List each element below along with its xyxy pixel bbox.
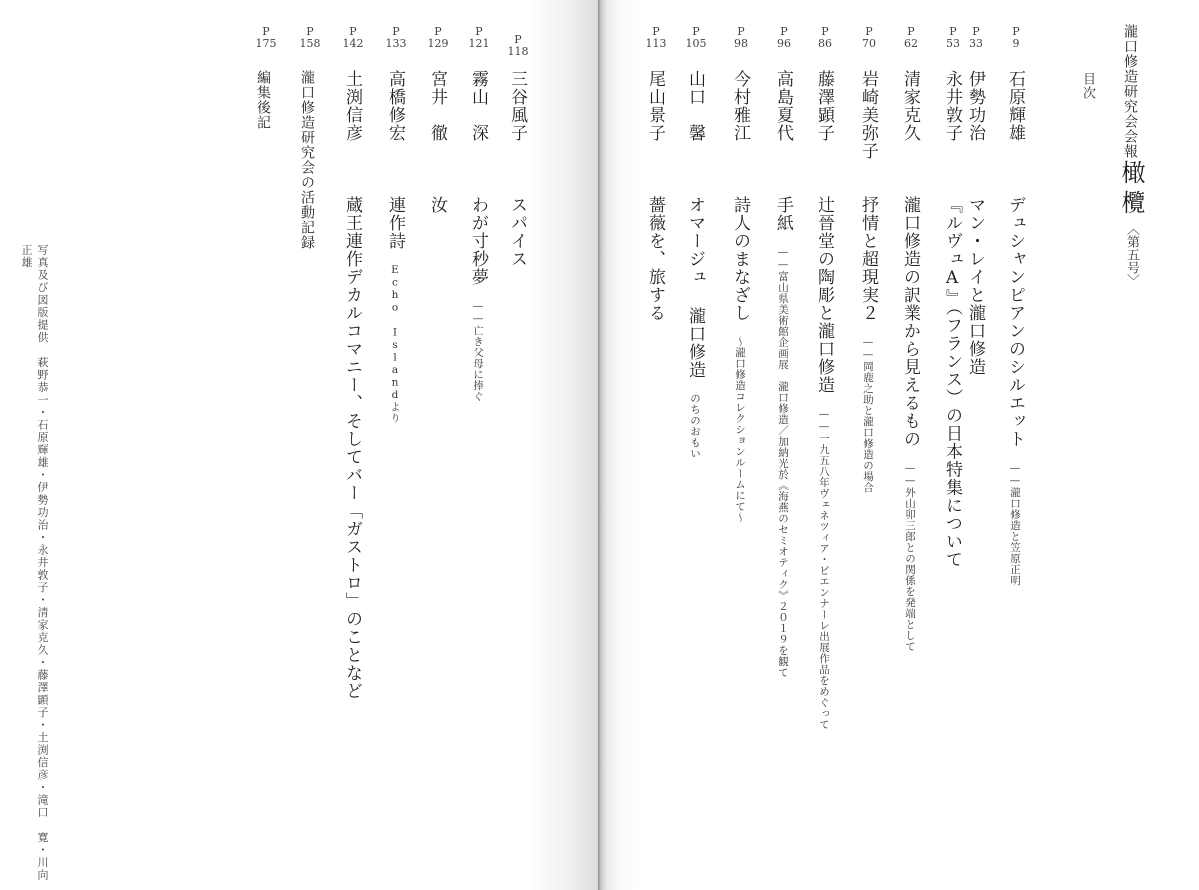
entry-title: オマージュ 瀧口修造のちのおもい: [683, 196, 708, 459]
entry-subtitle: ～瀧口修造コレクションルームにて～: [734, 336, 746, 523]
entry-author: 高島夏代: [771, 70, 796, 142]
entry-subtitle: Echo Islandより: [389, 264, 401, 424]
page-number: P 133: [383, 26, 409, 50]
entry-title-text: スパイス: [507, 196, 527, 268]
entry-title-text: 蔵王連作デカルコマニー、そしてバー「ガストロ」のことなど: [342, 196, 362, 700]
entry-author: 尾山景子: [643, 70, 668, 142]
toc-entry[interactable]: P 142 土渕信彦 蔵王連作デカルコマニー、そしてバー「ガストロ」のことなど: [340, 0, 368, 890]
photo-credits: 写真及び図版提供 萩野恭一・石原輝雄・伊勢功治・永井敦子・清家克久・藤澤顕子・土…: [18, 244, 50, 890]
entry-title-text: 辻晉堂の陶彫と瀧口修造: [814, 196, 834, 394]
toc-entry[interactable]: P 9 石原輝雄 デュシャンピアンのシルエット——瀧口修造と笠原正明: [1003, 0, 1031, 890]
page-number: P 53: [940, 26, 966, 50]
entry-author: 今村雅江: [728, 70, 753, 142]
page-value: 133: [383, 38, 409, 50]
journal-name: 橄欖: [1114, 160, 1149, 220]
entry-title: わが寸秒夢——亡き父母に捧ぐ: [466, 196, 491, 402]
page-number: P 96: [771, 26, 797, 50]
entry-title: 『ルヴュA』（フランス）の日本特集について: [940, 196, 965, 583]
entry-title: 連作詩Echo Islandより: [383, 196, 408, 424]
toc-heading: 目次: [1078, 72, 1097, 100]
entry-title: 抒情と超現実２——岡鹿之助と瀧口修造の場合: [856, 196, 881, 493]
entry-title: 手紙——富山県美術館企画展 瀧口修造／加納光於《海燕のセミオティク》２０１９を観…: [771, 196, 796, 678]
page-number: P 113: [643, 26, 669, 50]
entry-title-text: 汝: [427, 196, 447, 214]
entry-author: 瀧口修造研究会の活動記録: [297, 70, 317, 250]
entry-author: 三谷風子: [505, 70, 530, 142]
entry-author: 清家克久: [898, 70, 923, 142]
entry-author: 永井敦子: [940, 70, 965, 142]
toc-entry[interactable]: P 118 三谷風子 スパイス: [505, 0, 533, 890]
entry-title-text: オマージュ 瀧口修造: [685, 196, 705, 379]
entry-author: 高橋修宏: [383, 70, 408, 142]
entry-title-text: 『ルヴュA』（フランス）の日本特集について: [942, 196, 962, 569]
entry-author: 宮井 徹: [425, 70, 450, 142]
toc-entry[interactable]: P 105 山口 馨 オマージュ 瀧口修造のちのおもい: [683, 0, 711, 890]
entry-title: 汝: [425, 196, 450, 228]
page-value: 98: [728, 38, 754, 50]
page-value: 96: [771, 38, 797, 50]
entry-author: 編集後記: [253, 70, 273, 130]
entry-title-text: 詩人のまなざし: [730, 196, 750, 322]
issue-number: 〈第五号〉: [1122, 222, 1141, 287]
page-number: P 121: [466, 26, 492, 50]
page-value: 70: [856, 38, 882, 50]
toc-entry[interactable]: P 129 宮井 徹 汝: [425, 0, 453, 890]
entry-title: [297, 196, 317, 210]
page-number: P 129: [425, 26, 451, 50]
entry-title: スパイス: [505, 196, 530, 282]
entry-subtitle: ——外山卯三郎との関係を発端として: [904, 462, 916, 652]
entry-subtitle: ——富山県美術館企画展 瀧口修造／加納光於《海燕のセミオティク》２０１９を観て: [777, 246, 789, 678]
entry-title-text: 手紙: [773, 196, 793, 232]
page-number: P 98: [728, 26, 754, 50]
entry-title-text: わが寸秒夢: [468, 196, 488, 286]
toc-entry[interactable]: P 121 霧山 深 わが寸秒夢——亡き父母に捧ぐ: [466, 0, 494, 890]
toc-entry[interactable]: P 86 藤澤顕子 辻晉堂の陶彫と瀧口修造——一九五八年ヴェネツィア・ビエンナー…: [812, 0, 840, 890]
entry-author: 霧山 深: [466, 70, 491, 142]
toc-entry[interactable]: P 62 清家克久 瀧口修造の訳業から見えるもの——外山卯三郎との関係を発端とし…: [898, 0, 926, 890]
page-value: 118: [505, 46, 531, 58]
entry-title-text: マン・レイと瀧口修造: [965, 196, 985, 376]
toc-entry[interactable]: P 96 高島夏代 手紙——富山県美術館企画展 瀧口修造／加納光於《海燕のセミオ…: [771, 0, 799, 890]
entry-title: [253, 196, 273, 210]
page-value: 9: [1003, 38, 1029, 50]
page-value: 86: [812, 38, 838, 50]
page-number: P 70: [856, 26, 882, 50]
page-value: 121: [466, 38, 492, 50]
entry-author: 藤澤顕子: [812, 70, 837, 142]
entry-title-text: 抒情と超現実２: [858, 196, 878, 322]
page-number: P 158: [297, 26, 323, 50]
toc-entry[interactable]: P 98 今村雅江 詩人のまなざし～瀧口修造コレクションルームにて～: [728, 0, 756, 890]
page-number: P 62: [898, 26, 924, 50]
page-value: 105: [683, 38, 709, 50]
page-number: P 105: [683, 26, 709, 50]
toc-entry[interactable]: P 53 永井敦子 『ルヴュA』（フランス）の日本特集について: [940, 0, 968, 890]
page-number: P 86: [812, 26, 838, 50]
page-value: 158: [297, 38, 323, 50]
entry-author: 石原輝雄: [1003, 70, 1028, 142]
page-value: 142: [340, 38, 366, 50]
entry-title: 薔薇を、旅する: [643, 196, 668, 336]
entry-subtitle: ——岡鹿之助と瀧口修造の場合: [862, 336, 874, 493]
page-value: 129: [425, 38, 451, 50]
entry-author: 土渕信彦: [340, 70, 365, 142]
entry-title: 蔵王連作デカルコマニー、そしてバー「ガストロ」のことなど: [340, 196, 365, 714]
entry-title: 瀧口修造の訳業から見えるもの——外山卯三郎との関係を発端として: [898, 196, 923, 652]
entry-title-text: 薔薇を、旅する: [645, 196, 665, 322]
page-value: 175: [253, 38, 279, 50]
toc-entry[interactable]: P 113 尾山景子 薔薇を、旅する: [643, 0, 671, 890]
entry-subtitle: ——瀧口修造と笠原正明: [1009, 462, 1021, 586]
page-number: P 9: [1003, 26, 1029, 50]
entry-title: 辻晉堂の陶彫と瀧口修造——一九五八年ヴェネツィア・ビエンナーレ出展作品をめぐって: [812, 196, 837, 730]
entry-title: 詩人のまなざし～瀧口修造コレクションルームにて～: [728, 196, 753, 523]
page-number: P 118: [505, 34, 531, 58]
entry-subtitle: ——一九五八年ヴェネツィア・ビエンナーレ出展作品をめぐって: [818, 408, 830, 730]
page-number: P 142: [340, 26, 366, 50]
entry-subtitle: ——亡き父母に捧ぐ: [472, 300, 484, 402]
entry-title-text: 瀧口修造の訳業から見えるもの: [900, 196, 920, 448]
page-value: 53: [940, 38, 966, 50]
entry-subtitle: のちのおもい: [689, 393, 701, 459]
toc-entry[interactable]: P 70 岩崎美弥子 抒情と超現実２——岡鹿之助と瀧口修造の場合: [856, 0, 884, 890]
entry-author: 岩崎美弥子: [856, 70, 881, 160]
page-value: 113: [643, 38, 669, 50]
toc-entry[interactable]: P 133 高橋修宏 連作詩Echo Islandより: [383, 0, 411, 890]
entry-title-text: デュシャンピアンのシルエット: [1005, 196, 1025, 448]
toc-entry[interactable]: P 175 編集後記: [253, 0, 281, 890]
page-value: 62: [898, 38, 924, 50]
entry-title-text: 連作詩: [385, 196, 405, 250]
toc-entry[interactable]: P 158 瀧口修造研究会の活動記録: [297, 0, 325, 890]
entry-author: 山口 馨: [683, 70, 708, 142]
page-number: P 175: [253, 26, 279, 50]
entry-title: デュシャンピアンのシルエット——瀧口修造と笠原正明: [1003, 196, 1028, 586]
journal-title: 瀧口修造研究会会報: [1120, 24, 1140, 159]
